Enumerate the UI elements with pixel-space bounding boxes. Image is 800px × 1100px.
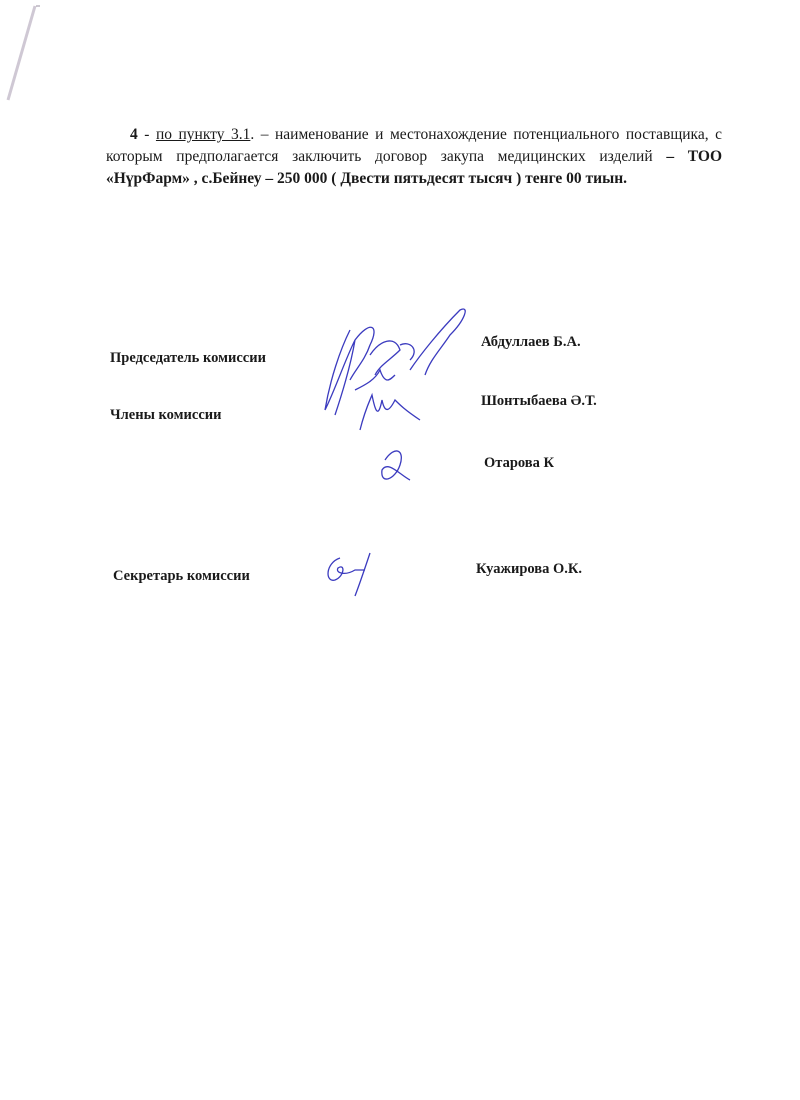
members-label: Члены комиссии <box>110 407 221 424</box>
secretary-label: Секретарь комиссии <box>113 568 250 585</box>
scan-shadow-edge <box>0 0 40 110</box>
handwritten-signatures <box>310 300 480 495</box>
member-name-1: Шонтыбаева Ә.Т. <box>481 393 597 410</box>
item-number: 4 <box>130 126 138 143</box>
decision-paragraph: 4 - по пункту 3.1. – наименование и мест… <box>106 124 722 190</box>
clause-reference: по пункту 3.1 <box>156 126 250 143</box>
member-name-2: Отарова К <box>484 455 554 472</box>
chairman-label: Председатель комиссии <box>110 350 266 367</box>
chairman-name: Абдуллаев Б.А. <box>481 334 581 351</box>
secretary-name: Куажирова О.К. <box>476 561 582 578</box>
secretary-signature <box>320 548 390 598</box>
